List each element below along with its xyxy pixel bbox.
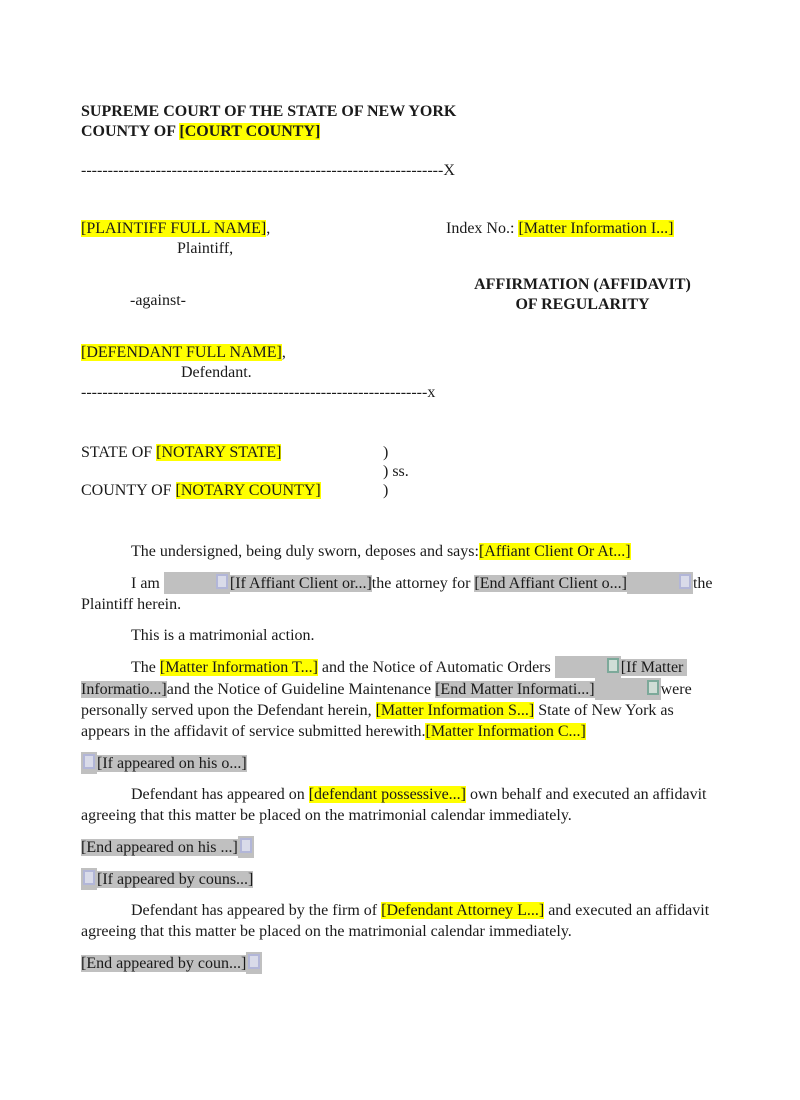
document-page: SUPREME COURT OF THE STATE OF NEW YORKCO…: [0, 0, 800, 1100]
document-content: SUPREME COURT OF THE STATE OF NEW YORKCO…: [0, 0, 800, 974]
venue-state-line: STATE OF [NOTARY STATE]): [81, 443, 719, 462]
content-control-checkbox-icon[interactable]: [627, 572, 693, 594]
content-control-checkbox-icon[interactable]: [555, 656, 621, 678]
plaintiff-label: Plaintiff,: [81, 239, 446, 259]
dashed-rule-top: ----------------------------------------…: [81, 161, 719, 181]
field-line-if-appeared-own: [If appeared on his o...]: [81, 752, 719, 774]
text-run: and the Notice of Automatic Orders: [318, 659, 555, 676]
content-control-checkbox-icon[interactable]: [246, 952, 262, 974]
text-run: Index No.:: [446, 220, 518, 237]
field-if-appeared-own[interactable]: [If appeared on his o...]: [97, 755, 247, 772]
para-matrimonial: This is a matrimonial action.: [81, 625, 719, 646]
content-control-checkbox-icon[interactable]: [595, 678, 661, 700]
text-run: COUNTY OF: [81, 123, 179, 140]
field-line-end-appeared-counsel: [End appeared by coun...]: [81, 952, 719, 974]
content-control-checkbox-icon[interactable]: [164, 572, 230, 594]
text-run: The undersigned, being duly sworn, depos…: [131, 543, 479, 560]
field-end-appeared-counsel[interactable]: [End appeared by coun...]: [81, 955, 246, 972]
field-defendant-attorney[interactable]: [Defendant Attorney L...]: [381, 902, 544, 919]
text-run: This is a matrimonial action.: [131, 627, 315, 644]
text-run: ): [383, 443, 388, 462]
defendant-name-line: [DEFENDANT FULL NAME],: [81, 343, 446, 363]
field-matter-information-index[interactable]: [Matter Information I...]: [518, 220, 673, 237]
para-i-am: I am [If Affiant Client or...]the attorn…: [81, 572, 719, 615]
dashed-rule-bottom: ----------------------------------------…: [81, 383, 719, 403]
field-line-if-appeared-counsel: [If appeared by couns...]: [81, 868, 719, 890]
field-notary-county[interactable]: [NOTARY COUNTY]: [176, 482, 321, 499]
venue-section: ----------------------------------------…: [81, 383, 719, 500]
plaintiff-name-line: [PLAINTIFF FULL NAME],: [81, 219, 446, 239]
field-matter-information-service[interactable]: [Matter Information S...]: [376, 702, 535, 719]
field-end-matter-information[interactable]: [End Matter Informati...]: [435, 681, 595, 698]
text-run: AFFIRMATION (AFFIDAVIT): [474, 276, 691, 293]
court-header-line-1: SUPREME COURT OF THE STATE OF NEW YORK: [81, 102, 719, 122]
doc-title-line-1: AFFIRMATION (AFFIDAVIT): [446, 275, 719, 295]
text-run: Plaintiff,: [177, 240, 233, 257]
text-run: The: [131, 659, 160, 676]
document-body: The undersigned, being duly sworn, depos…: [81, 541, 719, 974]
field-affiant-client-or-attorney[interactable]: [Affiant Client Or At...]: [479, 543, 631, 560]
index-no-line: Index No.: [Matter Information I...]: [446, 219, 719, 239]
text-run: I am: [131, 575, 164, 592]
defendant-label: Defendant.: [81, 363, 446, 383]
para-appeared-own: Defendant has appeared on [defendant pos…: [81, 784, 719, 826]
field-matter-information-county[interactable]: [Matter Information C...]: [425, 723, 585, 740]
caption-title: Index No.: [Matter Information I...]AFFI…: [446, 219, 719, 383]
text-run: ): [383, 481, 388, 500]
caption-parties: [PLAINTIFF FULL NAME],Plaintiff,-against…: [81, 219, 446, 383]
court-header: SUPREME COURT OF THE STATE OF NEW YORKCO…: [81, 102, 719, 181]
text-run: ,: [282, 344, 286, 361]
field-end-affiant-client[interactable]: [End Affiant Client o...]: [474, 575, 627, 592]
field-matter-information-type[interactable]: [Matter Information T...]: [160, 659, 318, 676]
against-line: -against-: [81, 291, 446, 311]
text-run: ) ss.: [383, 462, 409, 481]
text-run: Defendant has appeared on: [131, 786, 309, 803]
field-if-appeared-counsel[interactable]: [If appeared by couns...]: [97, 871, 253, 888]
field-end-appeared-own[interactable]: [End appeared on his ...]: [81, 839, 238, 856]
case-caption: [PLAINTIFF FULL NAME],Plaintiff,-against…: [81, 219, 719, 383]
field-court-county[interactable]: [COURT COUNTY]: [179, 123, 320, 140]
field-notary-state[interactable]: [NOTARY STATE]: [156, 444, 281, 461]
para-deposes: The undersigned, being duly sworn, depos…: [81, 541, 719, 562]
text-run: ,: [266, 220, 270, 237]
text-run: OF REGULARITY: [515, 296, 649, 313]
text-run: ----------------------------------------…: [81, 162, 455, 179]
venue-county-line: COUNTY OF [NOTARY COUNTY]): [81, 481, 719, 500]
field-plaintiff-full-name[interactable]: [PLAINTIFF FULL NAME]: [81, 220, 266, 237]
field-line-end-appeared-own: [End appeared on his ...]: [81, 836, 719, 858]
para-appeared-counsel: Defendant has appeared by the firm of [D…: [81, 900, 719, 942]
content-control-checkbox-icon[interactable]: [81, 868, 97, 890]
venue-ss-line: ) ss.: [81, 462, 719, 481]
text-run: Defendant.: [181, 364, 252, 381]
field-if-affiant-client[interactable]: [If Affiant Client or...]: [230, 575, 372, 592]
text-run: STATE OF: [81, 444, 156, 461]
content-control-checkbox-icon[interactable]: [238, 836, 254, 858]
content-control-checkbox-icon[interactable]: [81, 752, 97, 774]
doc-title-line-2: OF REGULARITY: [446, 295, 719, 315]
court-header-line-2: COUNTY OF [COURT COUNTY]: [81, 122, 719, 142]
text-run: Defendant has appeared by the firm of: [131, 902, 381, 919]
text-run: and the Notice of Guideline Maintenance: [167, 681, 435, 698]
text-run: COUNTY OF: [81, 482, 176, 499]
text-run: SUPREME COURT OF THE STATE OF NEW YORK: [81, 103, 456, 120]
field-defendant-possessive[interactable]: [defendant possessive...]: [309, 786, 466, 803]
text-run: -against-: [130, 292, 186, 309]
text-run: the attorney for: [372, 575, 475, 592]
para-service: The [Matter Information T...] and the No…: [81, 656, 719, 742]
text-run: ----------------------------------------…: [81, 384, 435, 401]
field-defendant-full-name[interactable]: [DEFENDANT FULL NAME]: [81, 344, 282, 361]
